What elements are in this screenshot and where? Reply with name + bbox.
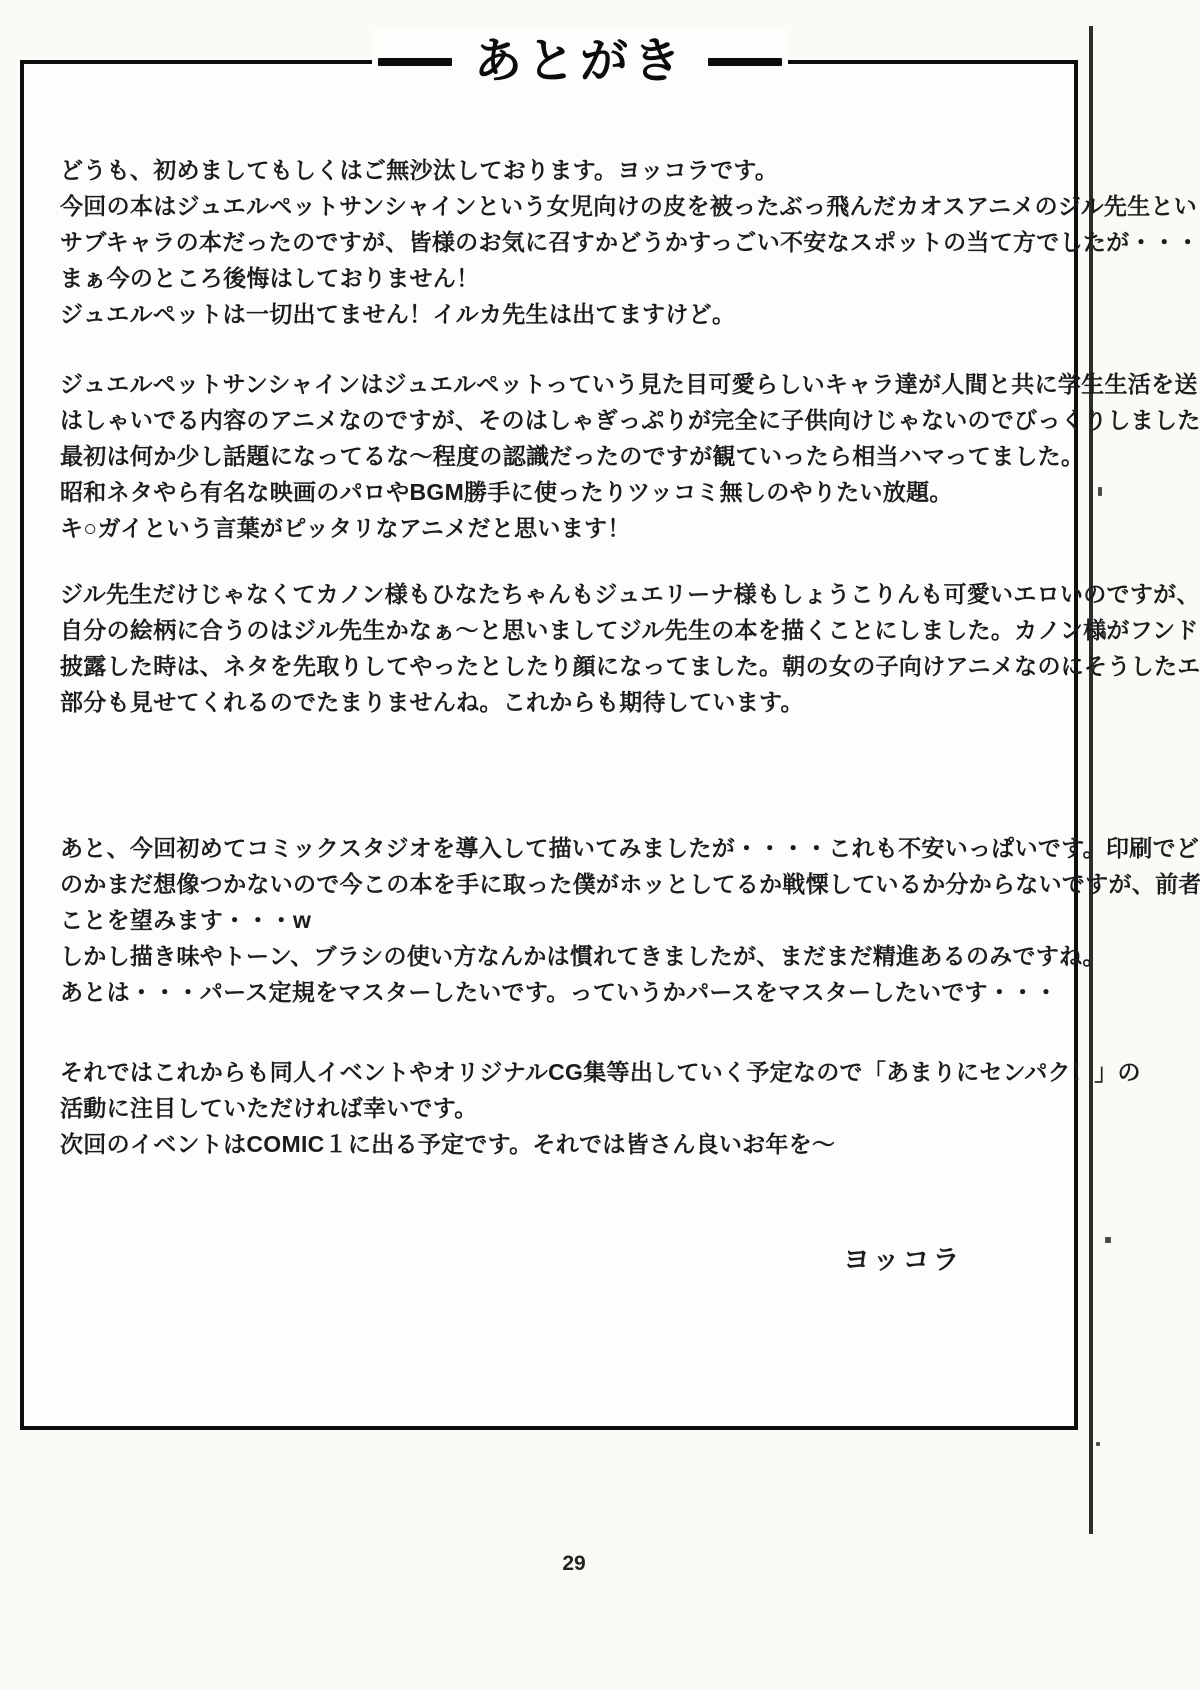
paragraph-line: サブキャラの本だったのですが、皆様のお気に召すかどうかすっごい不安なスポットの当… — [60, 224, 1090, 260]
scan-speck — [1105, 1237, 1111, 1243]
paragraph-line: 活動に注目していただければ幸いです。 — [60, 1090, 1090, 1126]
paragraph-line: 次回のイベントはCOMIC１に出る予定です。それでは皆さん良いお年を～ — [60, 1126, 1090, 1162]
paragraph-line: キ○ガイという言葉がピッタリなアニメだと思います！ — [60, 510, 1090, 546]
paragraph-line: 部分も見せてくれるのでたまりませんね。これからも期待しています。 — [60, 684, 1090, 720]
paragraph-line: ジュエルペットは一切出てません！イルカ先生は出てますけど。 — [60, 296, 1090, 332]
paragraph-line: 披露した時は、ネタを先取りしてやったとしたり顔になってました。朝の女の子向けアニ… — [60, 648, 1090, 684]
paragraph-line: はしゃいでる内容のアニメなのですが、そのはしゃぎっぷりが完全に子供向けじゃないの… — [60, 402, 1090, 438]
paragraph-line: 昭和ネタやら有名な映画のパロやBGM勝手に使ったりツッコミ無しのやりたい放題。 — [60, 474, 1090, 510]
paragraph-line: 自分の絵柄に合うのはジル先生かなぁ～と思いましてジル先生の本を描くことにしました… — [60, 612, 1090, 648]
paragraph-line: どうも、初めましてもしくはご無沙汰しております。ヨッコラです。 — [60, 152, 1090, 188]
afterword-body: どうも、初めましてもしくはご無沙汰しております。ヨッコラです。 今回の本はジュエ… — [60, 152, 1090, 1162]
paragraph-line: 今回の本はジュエルペットサンシャインという女児向けの皮を被ったぶっ飛んだカオスア… — [60, 188, 1090, 224]
paragraph-line: ことを望みます・・・w — [60, 902, 1090, 938]
paragraph-line: ジュエルペットサンシャインはジュエルペットっていう見た目可愛らしいキャラ達が人間… — [60, 366, 1090, 402]
page-title: あとがき — [474, 30, 686, 94]
scan-speck — [1098, 487, 1102, 496]
title-group: あとがき — [372, 30, 788, 94]
paragraph-line: 最初は何か少し話題になってるな～程度の認識だったのですが観ていったら相当ハマって… — [60, 438, 1090, 474]
paragraph-line: それではこれからも同人イベントやオリジナルCG集等出していく予定なので「あまりに… — [60, 1054, 1090, 1090]
paragraph-tools: あと、今回初めてコミックスタジオを導入して描いてみましたが・・・・これも不安いっ… — [60, 830, 1090, 1010]
paragraph-line: ジル先生だけじゃなくてカノン様もひなたちゃんもジュエリーナ様もしょうこりんも可愛… — [60, 576, 1090, 612]
paragraph-line: しかし描き味やトーン、ブラシの使い方なんかは慣れてきましたが、まだまだ精進あるの… — [60, 938, 1090, 974]
scan-speck — [1096, 1442, 1100, 1446]
paragraph-line: のかまだ想像つかないので今この本を手に取った僕がホッとしてるか戦慄しているか分か… — [60, 866, 1090, 902]
paragraph-about-anime: ジュエルペットサンシャインはジュエルペットっていう見た目可愛らしいキャラ達が人間… — [60, 366, 1090, 546]
paragraph-line: あとは・・・パース定規をマスターしたいです。っていうかパースをマスターしたいです… — [60, 974, 1090, 1010]
title-right-rule — [708, 58, 782, 66]
paragraph-greeting: どうも、初めましてもしくはご無沙汰しております。ヨッコラです。 今回の本はジュエ… — [60, 152, 1090, 332]
title-left-rule — [378, 58, 452, 66]
paragraph-characters: ジル先生だけじゃなくてカノン様もひなたちゃんもジュエリーナ様もしょうこりんも可愛… — [60, 576, 1090, 720]
paragraph-closing: それではこれからも同人イベントやオリジナルCG集等出していく予定なので「あまりに… — [60, 1054, 1090, 1162]
author-signature: ヨッコラ — [843, 1238, 962, 1277]
page-number: 29 — [0, 1552, 1148, 1576]
paragraph-line: あと、今回初めてコミックスタジオを導入して描いてみましたが・・・・これも不安いっ… — [60, 830, 1090, 866]
paragraph-line: まぁ今のところ後悔はしておりません！ — [60, 260, 1090, 296]
afterword-header: あとがき — [0, 30, 1090, 94]
